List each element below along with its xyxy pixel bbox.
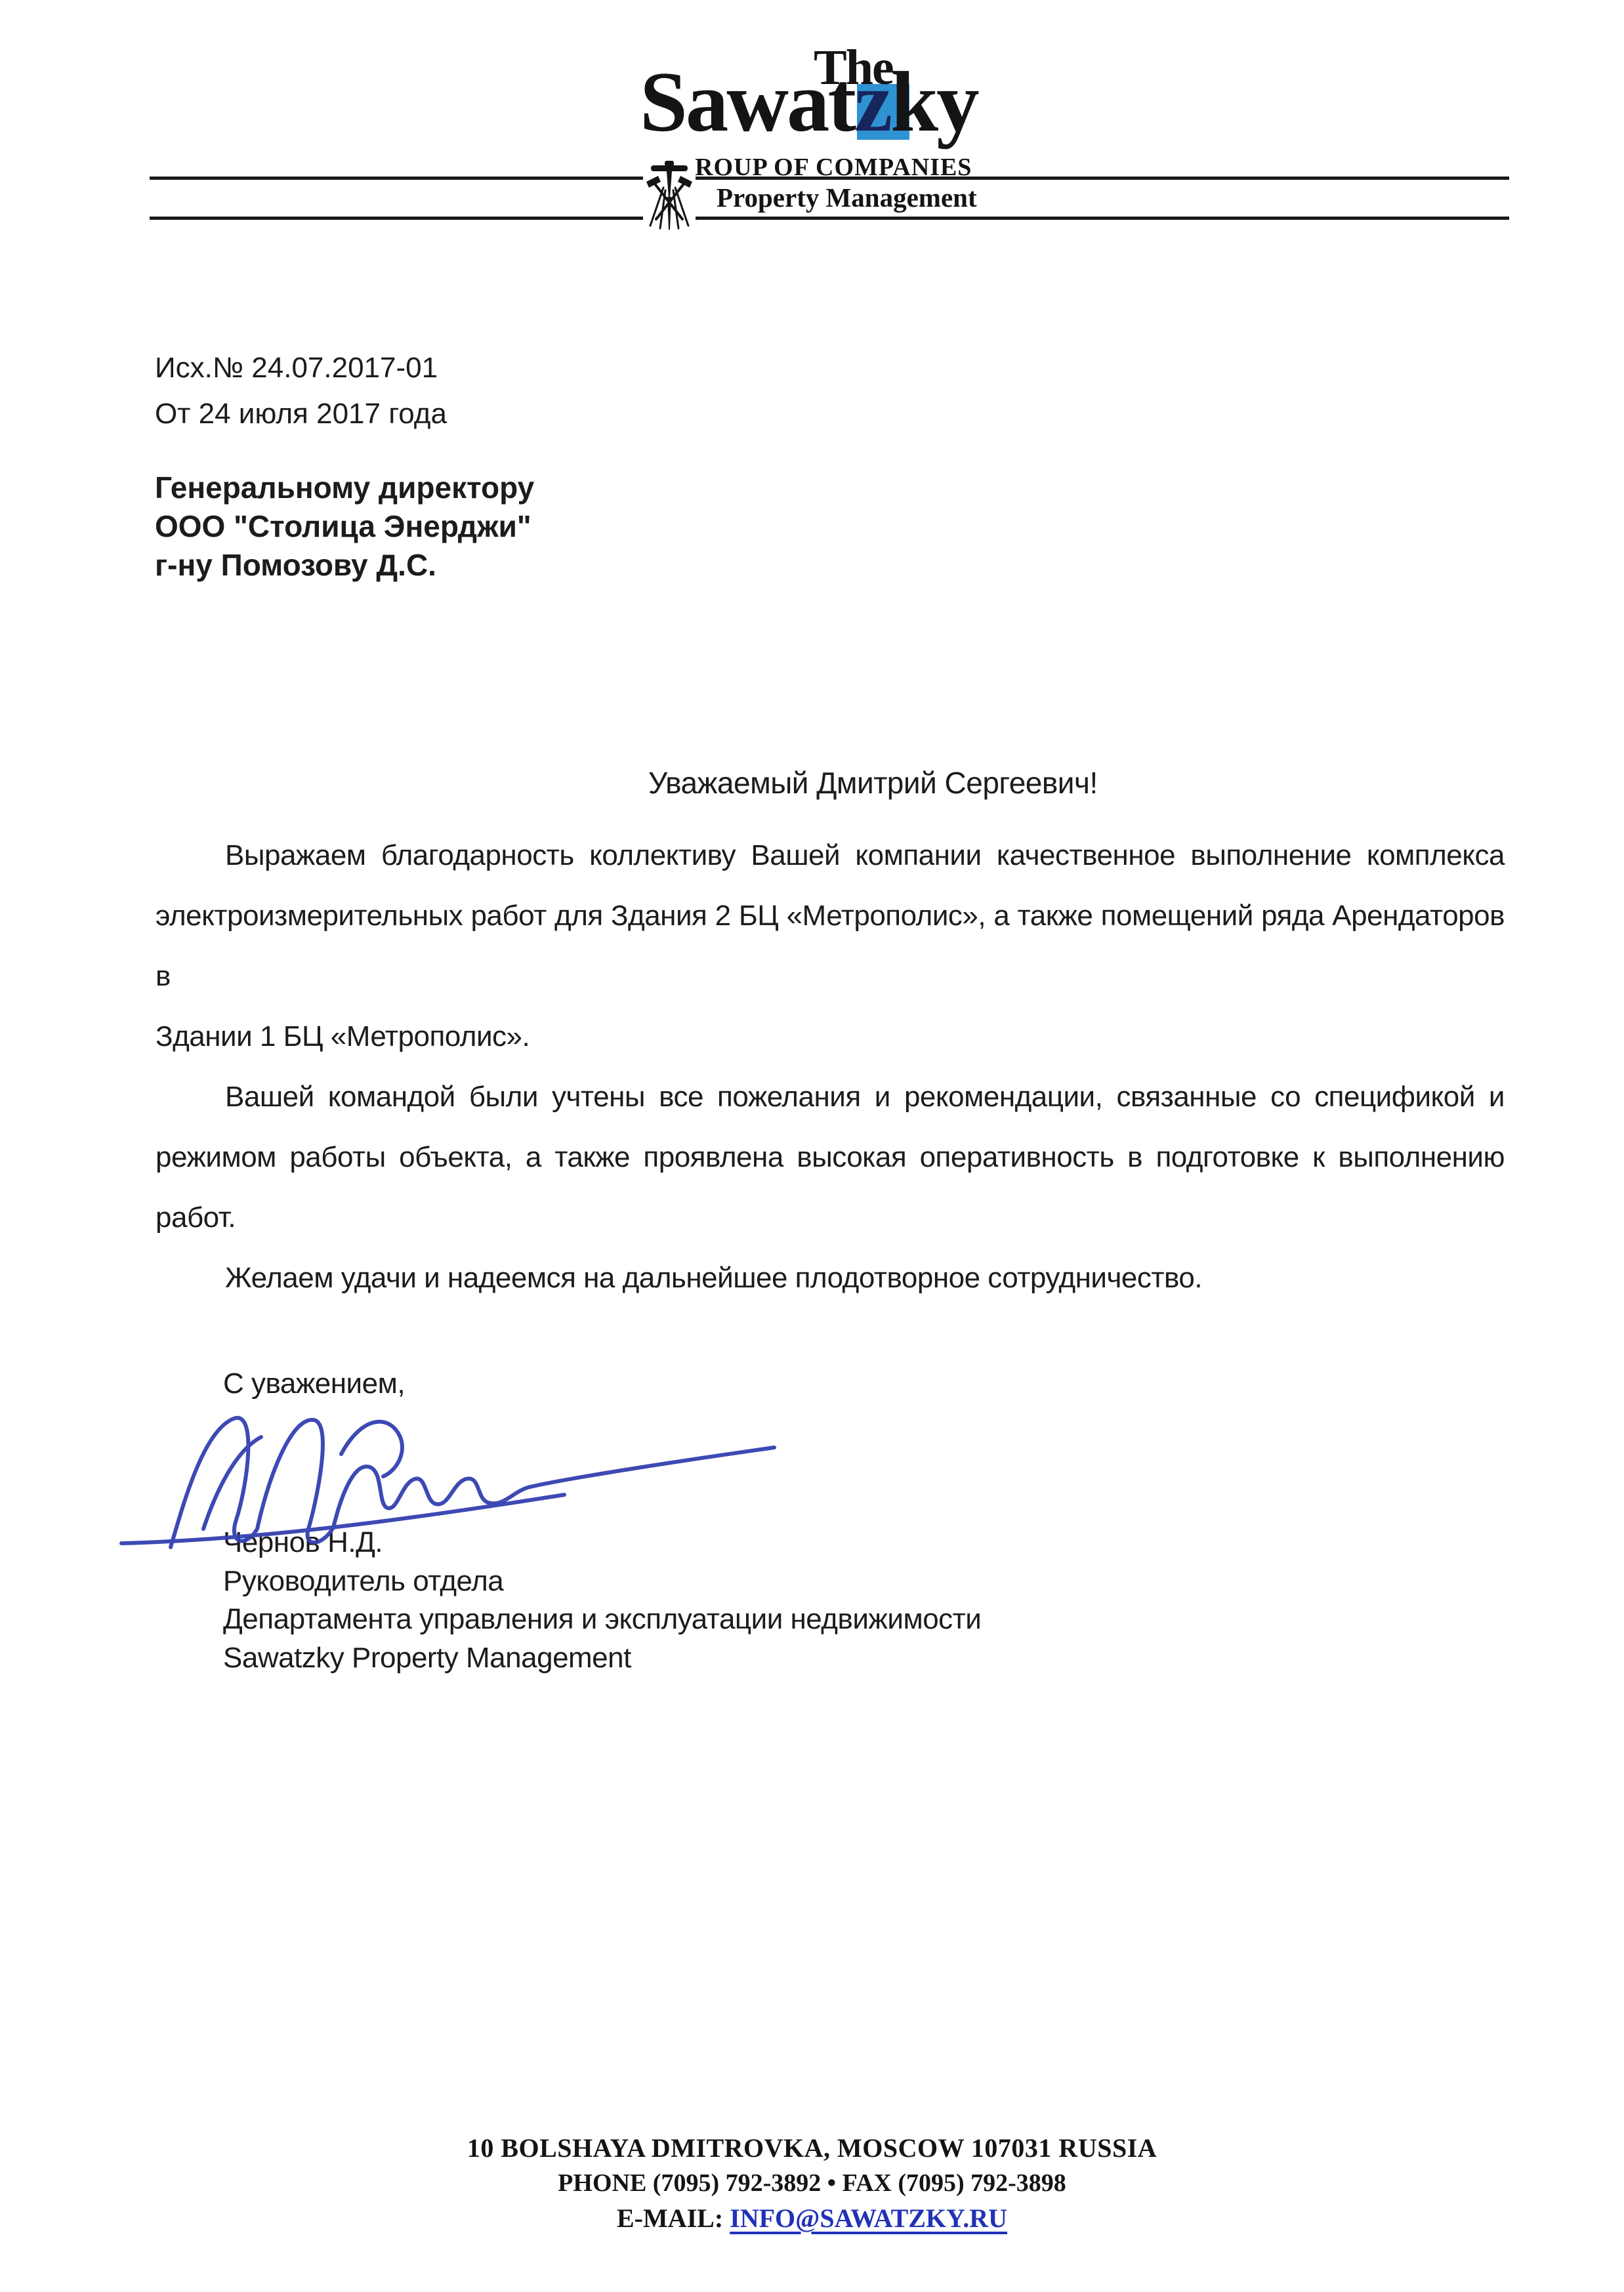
letter-body: Выражаем благодарность коллективу Вашей … [156,825,1505,1308]
signer-title-2: Департамента управления и эксплуатации н… [223,1600,981,1639]
property-management-label: Property Management [717,182,977,213]
footer-email-line: E-MAIL: INFO@SAWATZKY.RU [0,2201,1624,2236]
header-rule-bottom [150,217,1509,220]
signer-title-3: Sawatzky Property Management [223,1639,981,1678]
body-paragraph-1-line: электроизмерительных работ для Здания 2 … [156,886,1505,1007]
footer-phone-fax: PHONE (7095) 792-3892 • FAX (7095) 792-3… [0,2166,1624,2201]
logo-wordmark: Sawatzky [640,59,978,145]
addressee-person: г-ну Помозову Д.С. [155,546,534,585]
addressee-role: Генеральному директору [155,469,534,507]
ref-number: Исх.№ 24.07.2017-01 [155,352,438,385]
footer-email-link[interactable]: INFO@SAWATZKY.RU [730,2203,1007,2233]
footer-phone: PHONE (7095) 792-3892 [558,2169,821,2197]
body-paragraph-2-line: Вашей командой были учтены все пожелания… [156,1067,1505,1127]
logo-wordmark-part1: Sawa [640,54,827,150]
letter-page: The Sawatzky GROUP OF COMPANIES Property… [0,0,1624,2292]
footer-address: 10 BOLSHAYA DMITROVKA, MOSCOW 107031 RUS… [0,2130,1624,2166]
footer-email-label: E-MAIL: [617,2203,723,2233]
ref-date: От 24 июля 2017 года [155,398,447,430]
footer-bullet-separator: • [827,2169,836,2197]
body-paragraph-3-line: Желаем удачи и надеемся на дальнейшее пл… [156,1248,1505,1308]
addressee-company: ООО "Столица Энерджи" [155,507,534,546]
body-paragraph-2-line: режимом работы объекта, а также проявлен… [156,1127,1505,1248]
footer-fax: FAX (7095) 792-3898 [843,2169,1066,2197]
body-paragraph-1-line: Здании 1 БЦ «Метрополис». [156,1007,1505,1067]
surveyor-tools-icon [643,157,696,244]
footer: 10 BOLSHAYA DMITROVKA, MOSCOW 107031 RUS… [0,2130,1624,2236]
addressee-block: Генеральному директору ООО "Столица Энер… [155,469,534,585]
handwritten-signature [105,1391,801,1568]
body-paragraph-1-line: Выражаем благодарность коллективу Вашей … [156,825,1505,886]
logo-wordmark-part4: ky [890,54,977,150]
salutation: Уважаемый Дмитрий Сергеевич! [648,765,1098,801]
logo-the: The [814,39,893,96]
